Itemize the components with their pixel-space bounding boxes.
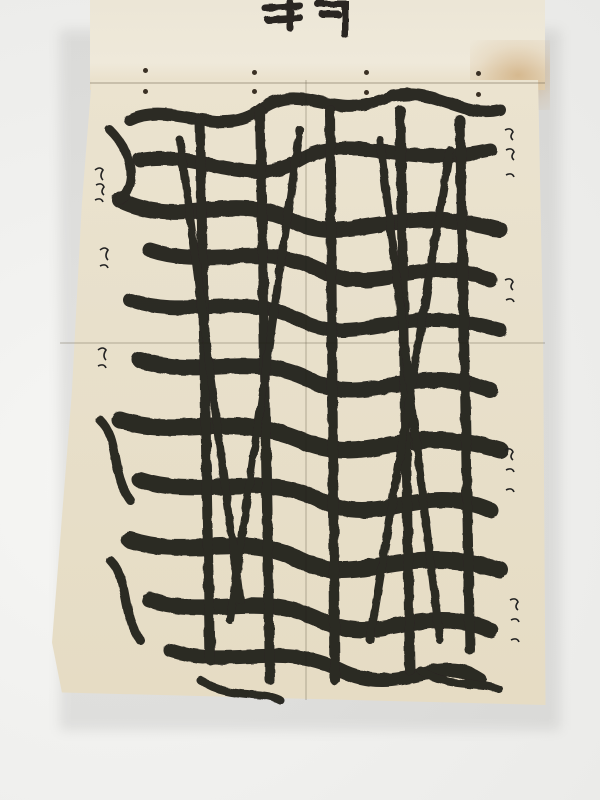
ink-brushstrokes [0, 0, 600, 800]
calligraphy-mass [100, 94, 500, 700]
top-character [265, 2, 345, 35]
